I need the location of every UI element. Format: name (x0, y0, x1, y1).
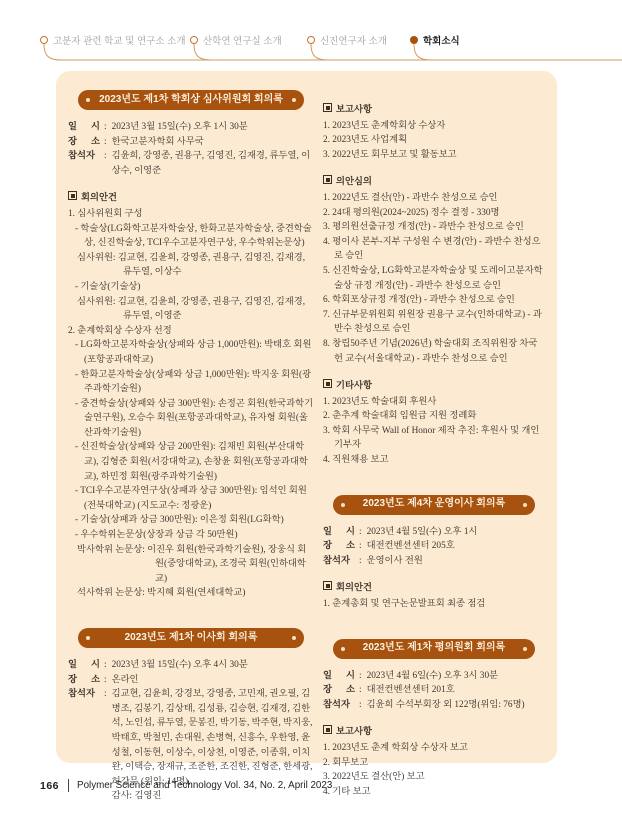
meta-label: 일 시 (68, 658, 100, 673)
block-title-text: 보고사항 (336, 727, 372, 737)
tab-circle-icon (190, 36, 198, 44)
right-column: 보고사항1. 2023년도 춘계학회상 수상자2. 2023년도 사업계획3. … (323, 90, 545, 763)
list-item: - 중견학술상(상패와 상금 300만원): 손정곤 회원(한국과학기술연구원)… (75, 397, 314, 441)
meta-row: 장 소:대전컨벤션센터 205호 (323, 539, 545, 554)
nav-tab-1[interactable]: 고분자 관련 학교 및 연구소 소개 (40, 33, 186, 47)
meta-colon: : (359, 669, 362, 684)
nav-tab-label: 고분자 관련 학교 및 연구소 소개 (53, 33, 186, 47)
list-item: 석사학위 논문상: 박지혜 회원(연세대학교) (77, 586, 314, 601)
list-item: 2. 24대 평의원(2024~2025) 정수 결정 - 330명 (323, 206, 545, 221)
meta-label: 장 소 (323, 539, 355, 554)
list-item: 심사위원: 김교현, 김윤희, 강영종, 권용구, 김영진, 김재경, 류두열,… (77, 295, 314, 324)
meta-colon: : (359, 683, 362, 698)
list-item: 1. 심사위원회 구성 (68, 207, 314, 222)
list-item: 4. 직원채용 보고 (323, 453, 545, 468)
meta-value-line: 대전컨벤션센터 201호 (367, 683, 545, 698)
nav-tab-2[interactable]: 산학연 연구실 소개 (190, 33, 282, 47)
list-item: 3. 2022년도 회무보고 및 활동보고 (323, 148, 545, 163)
meta-colon: : (104, 149, 107, 178)
list-item: - 한화고분자학술상(상패와 상금 1,000만원): 박지웅 회원(광주과학기… (75, 368, 314, 397)
section-heading: 2023년도 제4차 운영이사 회의록 (333, 495, 535, 515)
meta-value-line: 한국고분자학회 사무국 (112, 135, 314, 150)
block-title: 회의안건 (68, 191, 314, 206)
meta-value: 한국고분자학회 사무국 (112, 135, 314, 150)
list-item: 3. 평의원선출규정 개정(안) - 과반수 찬성으로 승인 (323, 220, 545, 235)
meta-value-line: 2023년 3월 15일(수) 오후 4시 30분 (112, 658, 314, 673)
square-bullet-icon (323, 379, 332, 388)
meta-row: 일 시:2023년 4월 5일(수) 오후 1시 (323, 525, 545, 540)
list-item: 8. 창립50주년 기념(2026년) 학술대회 조직위원장 차국헌 교수(서울… (323, 337, 545, 366)
section-heading: 2023년도 제1차 이사회 회의록 (78, 628, 304, 648)
meta-value-line: 2023년 3월 15일(수) 오후 1시 30분 (112, 120, 314, 135)
list-item: 4. 기타 보고 (323, 785, 545, 800)
meta-row: 참석자:김윤희, 강영종, 권용구, 김영진, 김재경, 류두열, 이상수, 이… (68, 149, 314, 178)
journal-info: Polymer Science and Technology Vol. 34, … (77, 780, 332, 791)
list-item: 6. 학회포상규정 개정(안) - 과반수 찬성으로 승인 (323, 293, 545, 308)
block-title-text: 의안심의 (336, 177, 372, 187)
square-bullet-icon (323, 725, 332, 734)
list-item: 1. 2022년도 결산(안) - 과반수 찬성으로 승인 (323, 191, 545, 206)
meta-label: 참석자 (323, 554, 355, 569)
meta-label: 일 시 (323, 669, 355, 684)
meta-value-line: 온라인 (112, 673, 314, 688)
list-item: 2. 춘추계 학술대회 임원급 지원 정례화 (323, 409, 545, 424)
block-title: 의안심의 (323, 175, 545, 190)
list-item: 1. 2023년도 춘계학회상 수상자 (323, 119, 545, 134)
square-bullet-icon (68, 191, 77, 200)
meta-label: 장 소 (68, 673, 100, 688)
block-title-text: 보고사항 (336, 105, 372, 115)
meta-value: 대전컨벤션센터 201호 (367, 683, 545, 698)
tab-circle-icon (307, 36, 315, 44)
block-title: 보고사항 (323, 725, 545, 740)
left-column: 2023년도 제1차 학회상 심사위원회 회의록일 시:2023년 3월 15일… (68, 90, 314, 763)
list-item: - 신진학술상(상패와 상금 200만원): 김채빈 회원(부산대학교), 김형… (75, 440, 314, 484)
meta-colon: : (104, 120, 107, 135)
meta-colon: : (359, 698, 362, 713)
list-item: - 우수학위논문상(상장과 상금 각 50만원) (75, 528, 314, 543)
list-item: 심사위원: 김교현, 김윤희, 강영종, 권용구, 김영진, 김재경, 류두열,… (77, 251, 314, 280)
list-item: 3. 2022년도 결산(안) 보고 (323, 770, 545, 785)
meta-label: 참석자 (323, 698, 355, 713)
list-item: 2. 회무보고 (323, 756, 545, 771)
section-heading-text: 2023년도 제1차 이사회 회의록 (125, 631, 258, 646)
meta-value-line: 김윤희, 강영종, 권용구, 김영진, 김재경, 류두열, 이상수, 이영준 (112, 149, 314, 178)
meta-value: 2023년 4월 6일(수) 오후 3시 30분 (367, 669, 545, 684)
meta-colon: : (104, 658, 107, 673)
section-heading-text: 2023년도 제1차 평의원회 회의록 (363, 641, 505, 656)
meta-row: 장 소:온라인 (68, 673, 314, 688)
meta-value: 운영이사 전원 (367, 554, 545, 569)
list-item: 3. 학회 사무국 Wall of Honor 제작 추진: 후원사 및 개인기… (323, 424, 545, 453)
journal-page: 고분자 관련 학교 및 연구소 소개산학연 연구실 소개신진연구자 소개학회소식… (0, 0, 622, 830)
list-item: 1. 2023년도 춘계 학회상 수상자 보고 (323, 741, 545, 756)
square-bullet-icon (323, 103, 332, 112)
page-number: 166 (40, 780, 59, 792)
meta-row: 참석자:김윤희 수석부회장 외 122명(위임: 76명) (323, 698, 545, 713)
meta-value: 대전컨벤션센터 205호 (367, 539, 545, 554)
section-heading-text: 2023년도 제4차 운영이사 회의록 (363, 497, 505, 512)
list-item: - 기술상(기술상) (75, 280, 314, 295)
meta-row: 장 소:한국고분자학회 사무국 (68, 135, 314, 150)
meta-row: 참석자:운영이사 전원 (323, 554, 545, 569)
footer-divider (68, 779, 69, 792)
meta-label: 일 시 (323, 525, 355, 540)
meta-label: 일 시 (68, 120, 100, 135)
meta-row: 일 시:2023년 3월 15일(수) 오후 4시 30분 (68, 658, 314, 673)
block-title-text: 기타사항 (336, 381, 372, 391)
list-item: 2. 2023년도 사업계획 (323, 133, 545, 148)
meta-colon: : (104, 673, 107, 688)
meta-row: 일 시:2023년 4월 6일(수) 오후 3시 30분 (323, 669, 545, 684)
page-footer: 166 Polymer Science and Technology Vol. … (40, 779, 332, 792)
list-item: - 기술상(상패과 상금 300만원): 이은정 회원(LG화학) (75, 513, 314, 528)
meta-value-line: 대전컨벤션센터 205호 (367, 539, 545, 554)
meta-colon: : (359, 554, 362, 569)
list-item: 4. 평이사 본부-지부 구성원 수 변경(안) - 과반수 찬성으로 승인 (323, 235, 545, 264)
section-heading-text: 2023년도 제1차 학회상 심사위원회 회의록 (99, 93, 283, 108)
meta-colon: : (359, 525, 362, 540)
section-heading: 2023년도 제1차 평의원회 회의록 (333, 639, 535, 659)
meta-value: 2023년 3월 15일(수) 오후 1시 30분 (112, 120, 314, 135)
block-title: 보고사항 (323, 103, 545, 118)
nav-tab-4[interactable]: 학회소식 (410, 33, 460, 47)
list-item: 7. 신규부문위원회 위원장 권용구 교수(인하대학교) - 과반수 찬성으로 … (323, 308, 545, 337)
meta-row: 일 시:2023년 3월 15일(수) 오후 1시 30분 (68, 120, 314, 135)
meta-value-line: 운영이사 전원 (367, 554, 545, 569)
meta-label: 장 소 (323, 683, 355, 698)
block-title-text: 회의안건 (81, 193, 117, 203)
content-panel: 2023년도 제1차 학회상 심사위원회 회의록일 시:2023년 3월 15일… (56, 71, 557, 763)
list-item: 2. 춘계학회상 수상자 선정 (68, 324, 314, 339)
meta-label: 장 소 (68, 135, 100, 150)
block-title: 회의안건 (323, 581, 545, 596)
square-bullet-icon (323, 175, 332, 184)
nav-tab-label: 학회소식 (423, 33, 460, 47)
tab-circle-icon (40, 36, 48, 44)
list-item: 5. 신진학술상, LG화학고분자학술상 및 도레이고분자학술상 규정 개정(안… (323, 264, 545, 293)
meta-value: 김윤희 수석부회장 외 122명(위임: 76명) (367, 698, 545, 713)
nav-tab-label: 신진연구자 소개 (320, 33, 387, 47)
meta-colon: : (359, 539, 362, 554)
nav-tab-3[interactable]: 신진연구자 소개 (307, 33, 387, 47)
nav-tab-label: 산학연 연구실 소개 (203, 33, 282, 47)
meta-value-line: 2023년 4월 6일(수) 오후 3시 30분 (367, 669, 545, 684)
square-bullet-icon (323, 581, 332, 590)
list-item: - TCI우수고분자연구상(상패과 상금 300만원): 임석인 회원(전북대학… (75, 484, 314, 513)
meta-value-line: 2023년 4월 5일(수) 오후 1시 (367, 525, 545, 540)
meta-value: 온라인 (112, 673, 314, 688)
meta-value-line: 김교현, 김윤희, 강경보, 강영종, 고민재, 권오필, 김병조, 김봉기, … (112, 687, 314, 789)
meta-value: 2023년 3월 15일(수) 오후 4시 30분 (112, 658, 314, 673)
meta-value-line: 김윤희 수석부회장 외 122명(위임: 76명) (367, 698, 545, 713)
meta-colon: : (104, 135, 107, 150)
list-item: 1. 2023년도 학술대회 후원사 (323, 395, 545, 410)
list-item: - 학술상(LG화학고분자학술상, 한화고분자학술상, 중견학술상, 신진학술상… (75, 222, 314, 251)
meta-value: 2023년 4월 5일(수) 오후 1시 (367, 525, 545, 540)
block-title-text: 회의안건 (336, 583, 372, 593)
block-title: 기타사항 (323, 379, 545, 394)
meta-label: 참석자 (68, 149, 100, 178)
active-tab-dot-icon (410, 36, 418, 44)
meta-row: 장 소:대전컨벤션센터 201호 (323, 683, 545, 698)
section-heading: 2023년도 제1차 학회상 심사위원회 회의록 (78, 90, 304, 110)
meta-value: 김윤희, 강영종, 권용구, 김영진, 김재경, 류두열, 이상수, 이영준 (112, 149, 314, 178)
list-item: 1. 춘계총회 및 연구논문발표회 최종 점검 (323, 597, 545, 612)
list-item: 박사학위 논문상: 이진우 회원(한국과학기술원), 장웅식 회원(중앙대학교)… (77, 543, 314, 587)
list-item: - LG화학고분자학술상(상패와 상금 1,000만원): 박태호 회원(포항공… (75, 338, 314, 367)
